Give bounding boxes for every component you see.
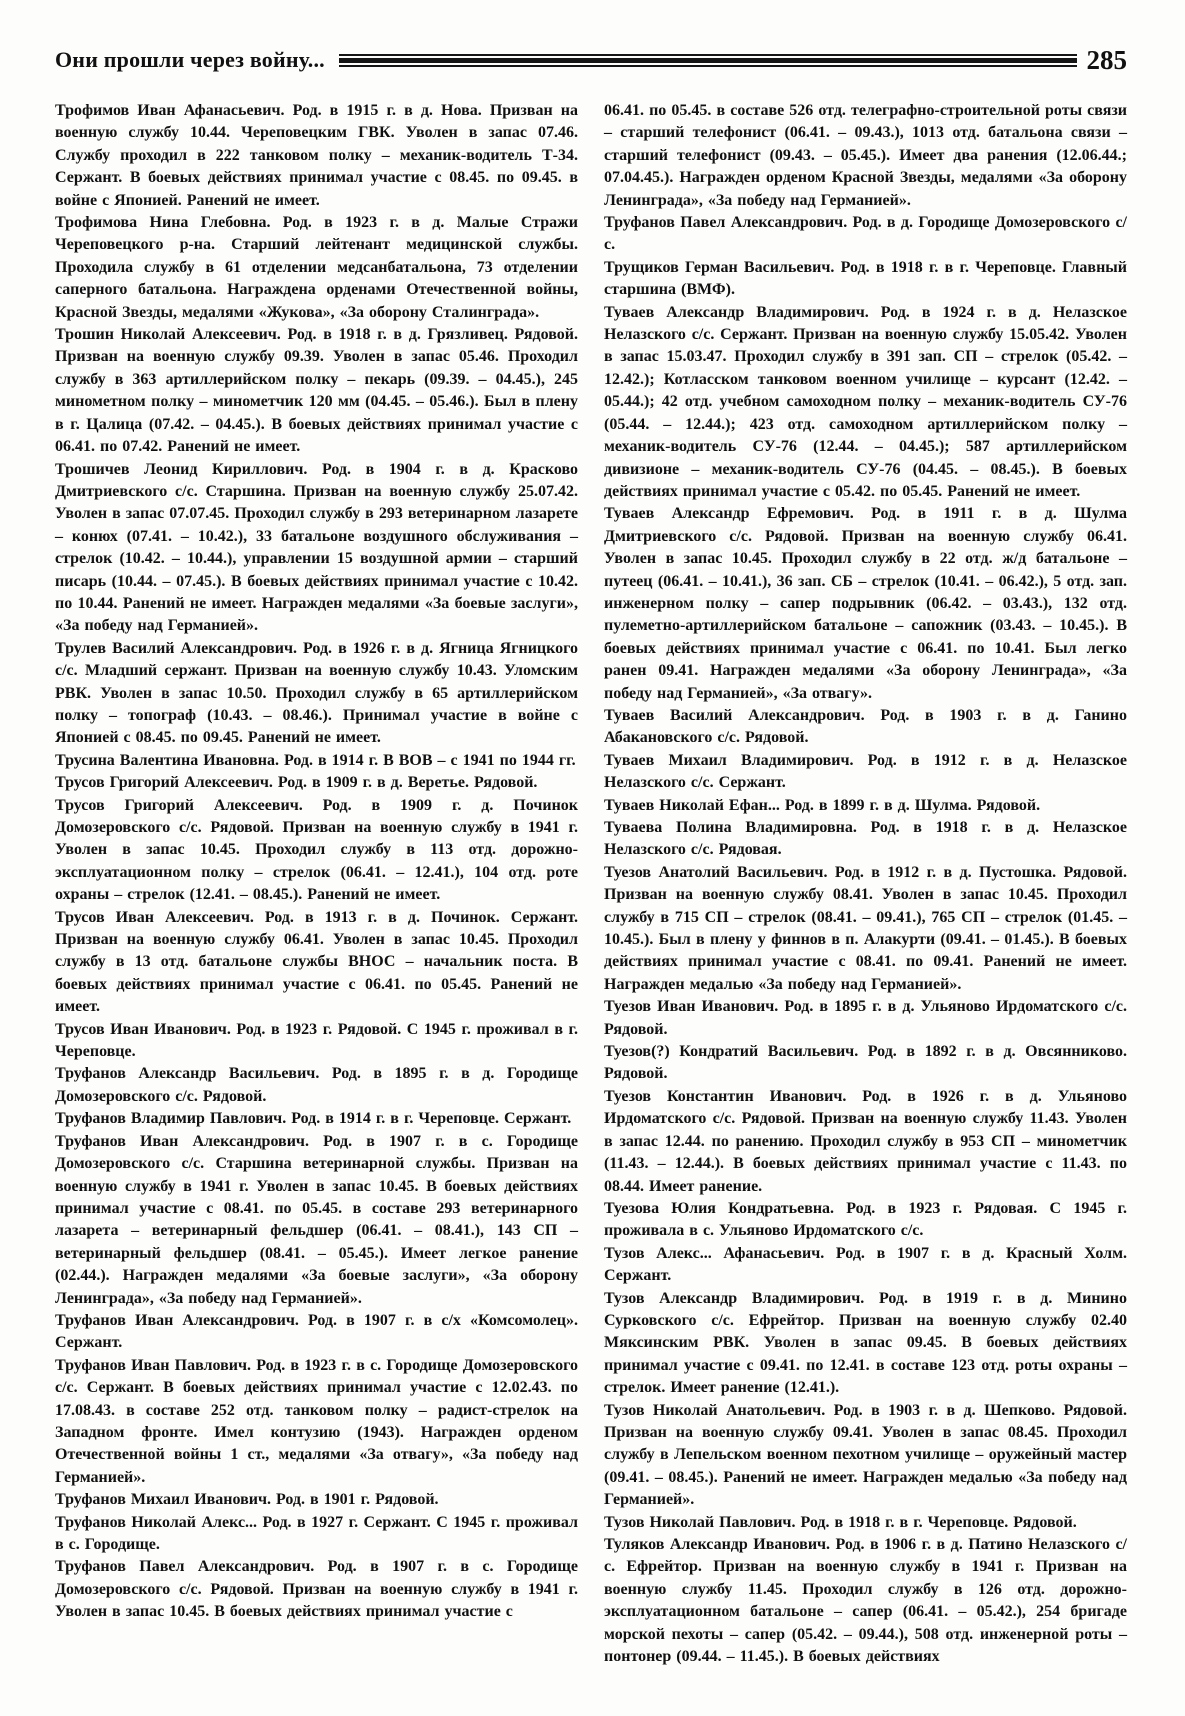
registry-entry: Трусов Григорий Алексеевич. Род. в 1909 … [55, 795, 578, 907]
registry-entry: Тузов Алекс... Афанасьевич. Род. в 1907 … [604, 1243, 1127, 1288]
registry-entry: Трулев Василий Александрович. Род. в 192… [55, 638, 578, 750]
registry-entry: Трофимов Иван Афанасьевич. Род. в 1915 г… [55, 100, 578, 212]
registry-entry: Трусина Валентина Ивановна. Род. в 1914 … [55, 750, 578, 772]
registry-entry: Трусов Григорий Алексеевич. Род. в 1909 … [55, 772, 578, 794]
registry-entry: Труфанов Владимир Павлович. Род. в 1914 … [55, 1108, 578, 1130]
left-column: Трофимов Иван Афанасьевич. Род. в 1915 г… [55, 100, 578, 1668]
registry-entry: Труфанов Павел Александрович. Род. в д. … [604, 212, 1127, 257]
registry-entry: Туезов Иван Иванович. Род. в 1895 г. в д… [604, 996, 1127, 1041]
registry-entry: Трошичев Леонид Кириллович. Род. в 1904 … [55, 459, 578, 638]
registry-entry: Туваев Александр Владимирович. Род. в 19… [604, 302, 1127, 504]
page-number: 285 [1087, 47, 1128, 74]
registry-entry: Туезова Юлия Кондратьевна. Род. в 1923 г… [604, 1198, 1127, 1243]
registry-entry: Трофимова Нина Глебовна. Род. в 1923 г. … [55, 212, 578, 324]
registry-entry: Туезов(?) Кондратий Васильевич. Род. в 1… [604, 1041, 1127, 1086]
registry-entry: Туваев Николай Ефан... Род. в 1899 г. в … [604, 795, 1127, 817]
registry-entry: Труфанов Павел Александрович. Род. в 190… [55, 1556, 578, 1623]
registry-entry: Труфанов Николай Алекс... Род. в 1927 г.… [55, 1512, 578, 1557]
registry-entry: Туезов Анатолий Васильевич. Род. в 1912 … [604, 862, 1127, 996]
registry-entry: Туваев Василий Александрович. Род. в 190… [604, 705, 1127, 750]
registry-entry: Туваева Полина Владимировна. Род. в 1918… [604, 817, 1127, 862]
registry-entry: Трусов Иван Иванович. Род. в 1923 г. Ряд… [55, 1019, 578, 1064]
registry-entry: Туваев Александр Ефремович. Род. в 1911 … [604, 503, 1127, 705]
book-page: Они прошли через войну... 285 Трофимов И… [0, 0, 1185, 1716]
registry-entry: Туляков Александр Иванович. Род. в 1906 … [604, 1534, 1127, 1668]
text-columns: Трофимов Иван Афанасьевич. Род. в 1915 г… [55, 100, 1127, 1668]
registry-entry: Трущиков Герман Васильевич. Род. в 1918 … [604, 257, 1127, 302]
registry-entry: Тузов Николай Анатольевич. Род. в 1903 г… [604, 1400, 1127, 1512]
running-title: Они прошли через войну... [55, 47, 325, 73]
registry-entry: Труфанов Иван Александрович. Род. в 1907… [55, 1310, 578, 1355]
registry-entry: Трошин Николай Алексеевич. Род. в 1918 г… [55, 324, 578, 458]
registry-entry: Труфанов Иван Александрович. Род. в 1907… [55, 1131, 578, 1310]
right-column: 06.41. по 05.45. в составе 526 отд. теле… [604, 100, 1127, 1668]
registry-entry: Труфанов Иван Павлович. Род. в 1923 г. в… [55, 1355, 578, 1489]
page-header: Они прошли через войну... 285 [55, 44, 1127, 76]
header-divider [339, 52, 1077, 68]
registry-entry: Туваев Михаил Владимирович. Род. в 1912 … [604, 750, 1127, 795]
registry-entry: Тузов Александр Владимирович. Род. в 191… [604, 1288, 1127, 1400]
registry-entry: Труфанов Михаил Иванович. Род. в 1901 г.… [55, 1489, 578, 1511]
registry-entry: Туезов Константин Иванович. Род. в 1926 … [604, 1086, 1127, 1198]
registry-entry: Труфанов Александр Васильевич. Род. в 18… [55, 1063, 578, 1108]
registry-entry: Тузов Николай Павлович. Род. в 1918 г. в… [604, 1512, 1127, 1534]
registry-entry: Трусов Иван Алексеевич. Род. в 1913 г. в… [55, 907, 578, 1019]
registry-entry: 06.41. по 05.45. в составе 526 отд. теле… [604, 100, 1127, 212]
